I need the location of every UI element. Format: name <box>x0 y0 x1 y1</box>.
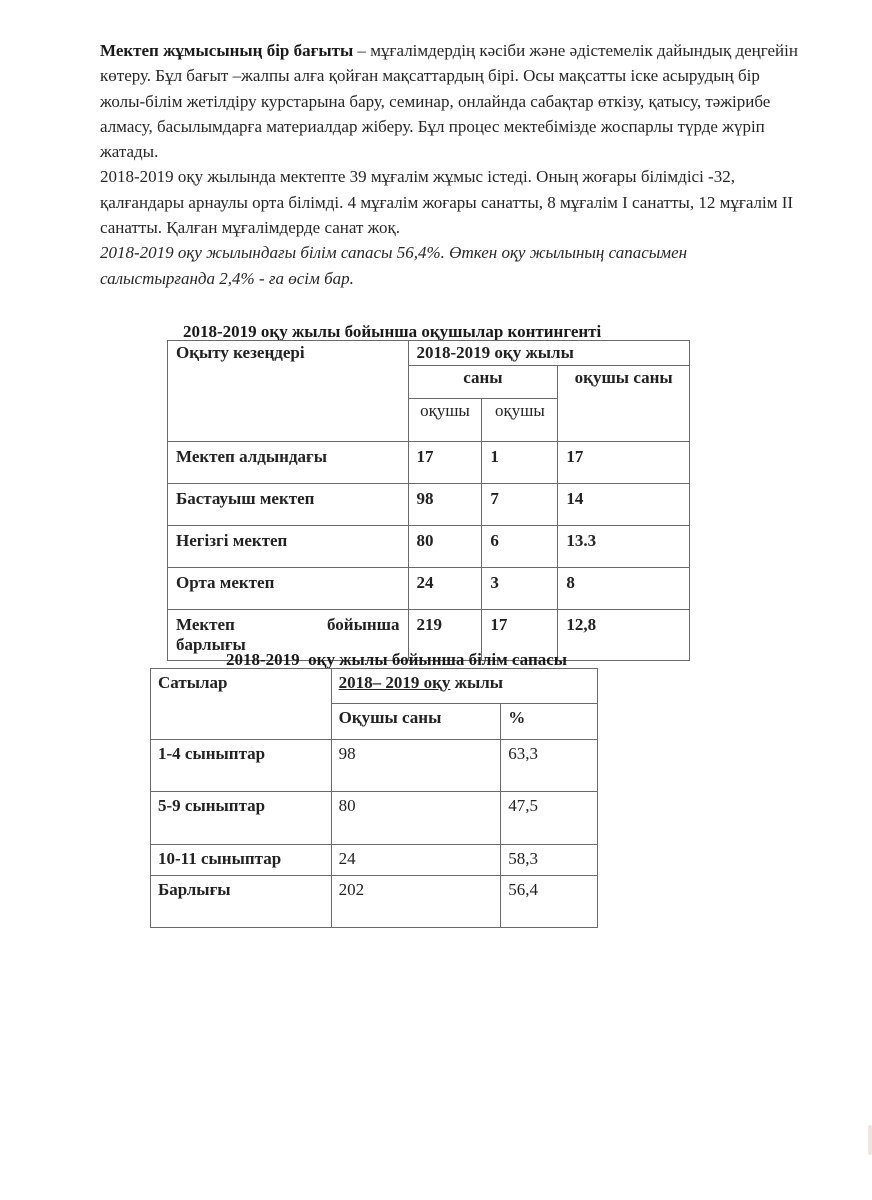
header-pct: % <box>501 704 598 740</box>
header-students-per: оқушы саны <box>558 366 690 442</box>
table-row: 5-9 сыныптар 80 47,5 <box>151 792 598 845</box>
cell-count: 202 <box>331 876 501 928</box>
table-row: Орта мектеп 24 3 8 <box>168 568 690 610</box>
cell-avg: 17 <box>558 442 690 484</box>
cell-stage: Негізгі мектеп <box>168 526 409 568</box>
intro-bold-lead: Мектеп жұмысының бір бағыты <box>100 41 353 60</box>
sub-col2: оқушы <box>482 399 558 442</box>
quality-paragraph: 2018-2019 оқу жылындағы білім сапасы 56,… <box>100 240 800 291</box>
table-row: Барлығы 202 56,4 <box>151 876 598 928</box>
cell-students: 98 <box>408 484 482 526</box>
cell-avg: 12,8 <box>558 610 690 661</box>
cell-level: 5-9 сыныптар <box>151 792 332 845</box>
cell-avg: 14 <box>558 484 690 526</box>
cell-avg: 13.3 <box>558 526 690 568</box>
header-count: Оқушы саны <box>331 704 501 740</box>
cell-count: 24 <box>331 845 501 876</box>
cell-classes: 6 <box>482 526 558 568</box>
total-label-b: бойынша <box>327 615 400 635</box>
table-row: Мектеп алдындағы 17 1 17 <box>168 442 690 484</box>
header-stage: Оқыту кезеңдері <box>168 341 409 442</box>
table-row: 1-4 сыныптар 98 63,3 <box>151 740 598 792</box>
header-count: саны <box>408 366 558 399</box>
header-year: 2018– 2019 оқу жылы <box>331 669 597 704</box>
quality-text: 2018-2019 оқу жылындағы білім сапасы 56,… <box>100 243 687 287</box>
cell-stage: Бастауыш мектеп <box>168 484 409 526</box>
table-row: 10-11 сыныптар 24 58,3 <box>151 845 598 876</box>
staff-paragraph: 2018-2019 оқу жылында мектепте 39 мұғалі… <box>100 164 800 240</box>
intro-paragraph: Мектеп жұмысының бір бағыты – мұғалімдер… <box>100 38 800 164</box>
sub-col1: оқушы <box>408 399 482 442</box>
cell-count: 80 <box>331 792 501 845</box>
cell-pct: 56,4 <box>501 876 598 928</box>
cell-stage: Орта мектеп <box>168 568 409 610</box>
cell-level: 10-11 сыныптар <box>151 845 332 876</box>
header-year: 2018-2019 оқу жылы <box>408 341 690 366</box>
table-row: Бастауыш мектеп 98 7 14 <box>168 484 690 526</box>
header-year-rest: жылы <box>450 673 503 692</box>
cell-students: 24 <box>408 568 482 610</box>
intro-text: Мектеп жұмысының бір бағыты – мұғалімдер… <box>100 38 800 291</box>
header-year-underlined: 2018– 2019 оқу <box>339 673 451 692</box>
enrollment-table: Оқыту кезеңдері 2018-2019 оқу жылы саны … <box>167 340 690 661</box>
cell-stage: Мектеп алдындағы <box>168 442 409 484</box>
cell-level: 1-4 сыныптар <box>151 740 332 792</box>
cell-classes: 3 <box>482 568 558 610</box>
cell-avg: 8 <box>558 568 690 610</box>
cell-pct: 47,5 <box>501 792 598 845</box>
cell-pct: 58,3 <box>501 845 598 876</box>
table2-title: 2018-2019 оқу жылы бойынша білім сапасы <box>226 650 567 670</box>
cell-pct: 63,3 <box>501 740 598 792</box>
table-row: Негізгі мектеп 80 6 13.3 <box>168 526 690 568</box>
cell-classes: 7 <box>482 484 558 526</box>
quality-table: Сатылар 2018– 2019 оқу жылы Оқушы саны %… <box>150 668 598 928</box>
total-label-a: Мектеп <box>176 615 235 635</box>
cell-students: 17 <box>408 442 482 484</box>
cell-count: 98 <box>331 740 501 792</box>
header-levels: Сатылар <box>151 669 332 740</box>
table1-title: 2018-2019 оқу жылы бойынша оқушылар конт… <box>183 322 601 342</box>
cell-students: 80 <box>408 526 482 568</box>
cell-level: Барлығы <box>151 876 332 928</box>
scan-mark <box>868 1125 872 1155</box>
cell-classes: 1 <box>482 442 558 484</box>
